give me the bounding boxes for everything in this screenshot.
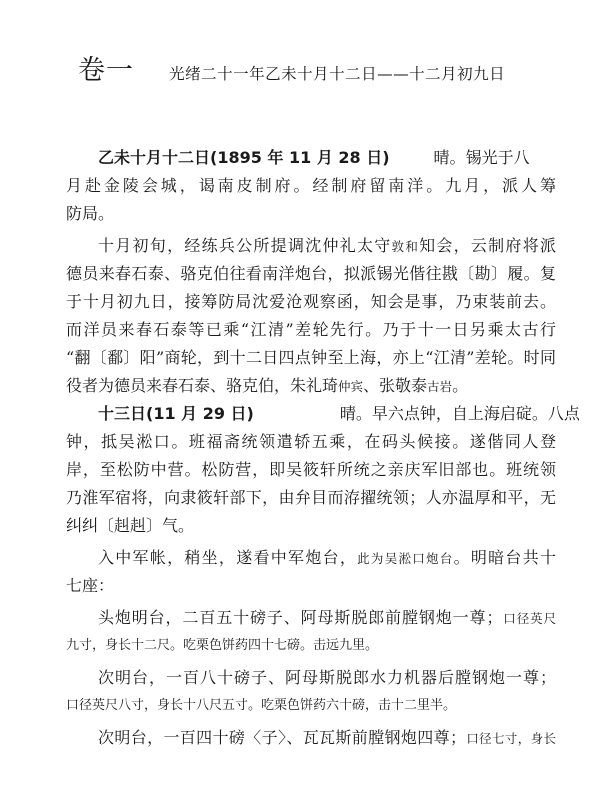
text-run: 入中军帐，稍坐，遂看中军炮台， (98, 548, 357, 567)
body-text: 乙未十月十二日(1895 年 11 月 28 日)晴。锡光于八 月赴金陵会城，谒… (66, 144, 556, 752)
text-run: 头炮明台，二百五十磅子、阿母斯脱郎前膛钢炮一尊； (98, 608, 502, 627)
text-run: 锡光于八 (466, 148, 530, 167)
text-line: 役者为德员来春石泰、骆克伯，朱礼琦仲宾、张敬泰古岩。 (66, 372, 556, 400)
text-line: 岸，至松防中营。松防营，即吴筱轩所统之亲庆军旧部也。班统领 (66, 456, 556, 484)
chapter-header: 卷一 光绪二十一年乙未十月十二日——十二月初九日 (78, 48, 505, 87)
text-line: 纠纠〔赳赳〕气。 (66, 512, 556, 540)
text-line: 月赴金陵会城，谒南皮制府。经制府留南洋。九月，派人筹 (66, 172, 556, 200)
entry-heading-line: 十三日(11 月 29 日)晴。早六点钟，自上海启碇。八点 (66, 400, 556, 428)
date-range: 光绪二十一年乙未十月十二日——十二月初九日 (169, 62, 505, 84)
text-line: 于十月初九日，接筹防局沈爱沧观察函，知会是事，乃束装前去。 (66, 288, 556, 316)
text-run: 十月初旬，经练兵公所提调沈仲礼太守 (98, 236, 392, 255)
annotation: 敦和 (392, 239, 420, 254)
text-line: 次明台，一百八十磅子、阿母斯脱郎水力机器后膛钢炮一尊； (66, 664, 556, 692)
text-line: 德员来春石泰、骆克伯往看南洋炮台，拟派锡光偕往戡〔勘〕履。复 (66, 260, 556, 288)
annotation: 口径七寸，身长 (466, 731, 556, 746)
weather: 晴。 (340, 404, 372, 423)
text-run: 役者为德员来春石泰、骆克伯，朱礼琦 (66, 376, 338, 395)
text-run: 。明暗台共十 (454, 548, 556, 567)
text-line: 入中军帐，稍坐，遂看中军炮台，此为吴淞口炮台。明暗台共十 (66, 544, 556, 572)
annotation-line: 口径英尺八寸，身长十八尺五寸。吃栗色饼药六十磅，击十二里半。 (66, 692, 556, 720)
annotation: 古岩 (427, 379, 452, 394)
weather: 晴。 (434, 148, 466, 167)
annotation: 口径英尺 (502, 611, 556, 626)
text-line: “翻〔鄱〕阳”商轮，到十二日四点钟至上海，亦上“江清”差轮。时同 (66, 344, 556, 372)
text-line: 七座： (66, 572, 556, 600)
text-run: 早六点钟，自上海启碇。八点 (372, 404, 580, 423)
annotation: 此为吴淞口炮台 (357, 551, 453, 566)
text-line: 次明台，一百四十磅〈子〉、瓦瓦斯前膛钢炮四尊；口径七寸，身长 (66, 724, 556, 752)
text-run: 、张敬泰 (363, 376, 427, 395)
entry-date: 十三日(11 月 29 日) (98, 404, 254, 423)
text-run: 次明台，一百四十磅〈子〉、瓦瓦斯前膛钢炮四尊； (98, 728, 466, 747)
text-line: 乃淮军宿将，向隶筱轩部下，由弁目而洊擢统领；人亦温厚和平，无 (66, 484, 556, 512)
document-page: 卷一 光绪二十一年乙未十月十二日——十二月初九日 乙未十月十二日(1895 年 … (0, 0, 600, 800)
annotation-line: 九寸，身长十二尺。吃栗色饼药四十七磅。击远九里。 (66, 632, 556, 660)
text-run: 。 (452, 376, 468, 395)
text-line: 十月初旬，经练兵公所提调沈仲礼太守敦和知会，云制府将派 (66, 232, 556, 260)
annotation: 仲宾 (338, 379, 363, 394)
text-line: 钟，抵吴淞口。班福斋统领遣轿五乘，在码头候接。遂偕同人登 (66, 428, 556, 456)
text-line: 头炮明台，二百五十磅子、阿母斯脱郎前膛钢炮一尊；口径英尺 (66, 604, 556, 632)
entry-date: 乙未十月十二日(1895 年 11 月 28 日) (98, 148, 390, 167)
text-line: 防局。 (66, 200, 556, 228)
entry-heading-line: 乙未十月十二日(1895 年 11 月 28 日)晴。锡光于八 (66, 144, 556, 172)
volume-title: 卷一 (78, 48, 134, 87)
text-line: 而洋员来春石泰等已乘“江清”差轮先行。乃于十一日另乘太古行 (66, 316, 556, 344)
text-run: 知会，云制府将派 (419, 236, 556, 255)
